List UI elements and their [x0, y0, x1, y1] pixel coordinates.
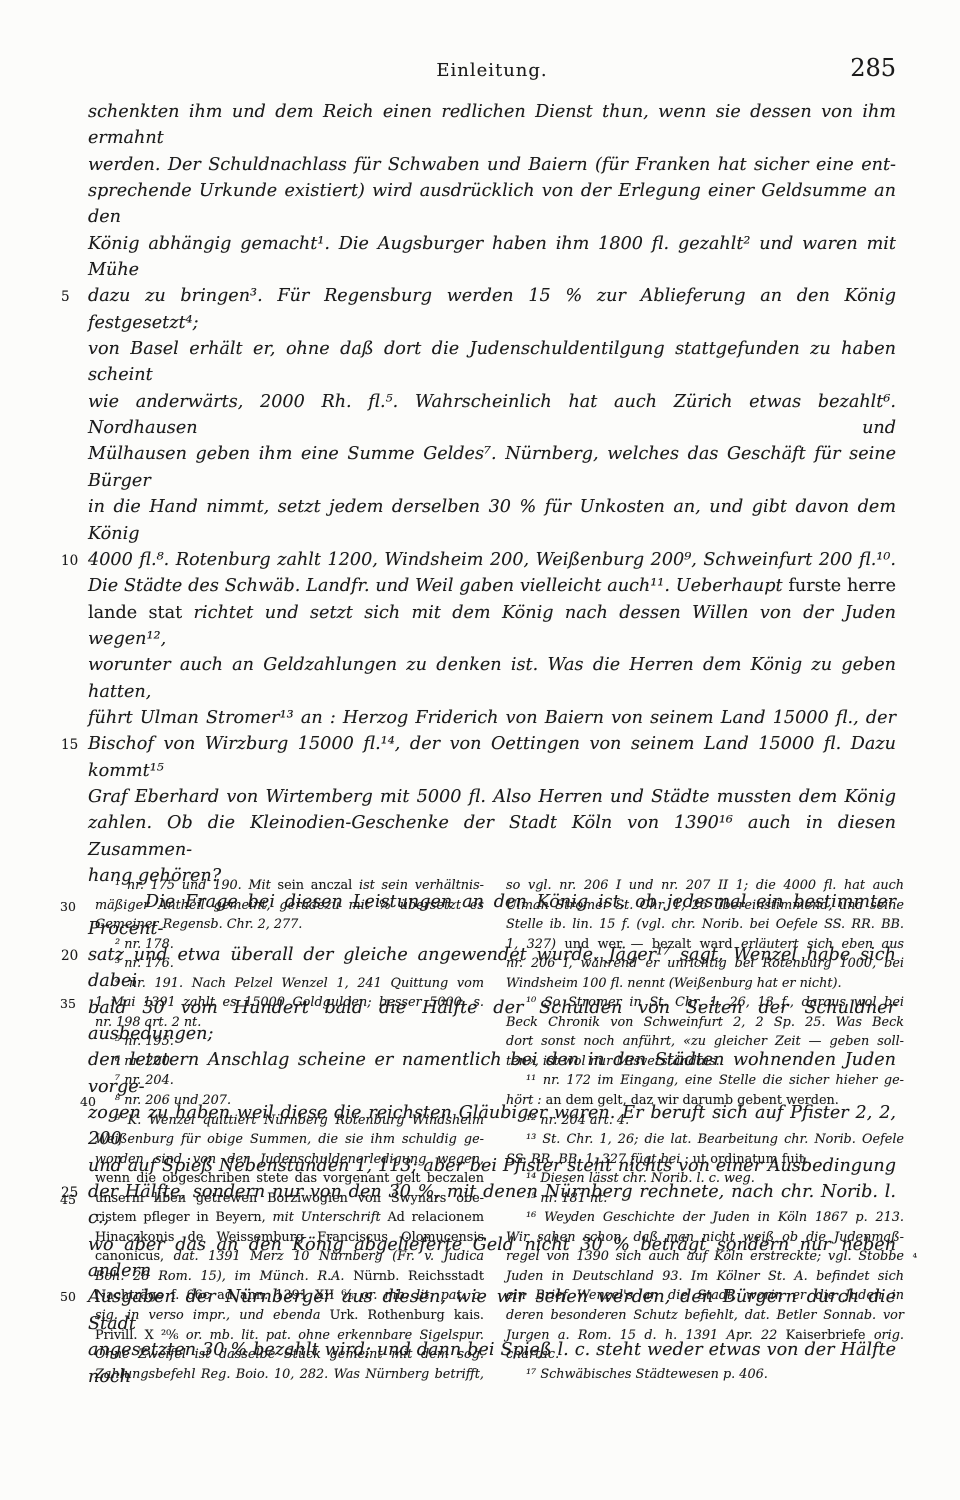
text-segment: furste herre [788, 576, 896, 596]
text-line: canonicus, dat. 1391 Merz 10 Nürnberg (F… [95, 1247, 484, 1267]
text-segment: orig. [865, 1328, 904, 1343]
text-line: so vgl. nr. 206 I und nr. 207 II 1; die … [506, 876, 904, 896]
text-segment: werden. Der Schuldnachlass für Schwaben … [88, 155, 896, 175]
text-segment: Graf Eberhard von Wirtemberg mit 5000 fl… [88, 787, 896, 807]
text-segment: in die Hand nimmt, setzt jedem derselben… [88, 497, 896, 543]
footnote-column-left: ¹ nr. 175 und 190. Mit sein anczal ist s… [95, 876, 484, 1384]
text-segment: Gemeiner Regensb. Chr. 2, 277. [95, 917, 302, 932]
text-segment: Stelle ib. lin. 15 f. (vgl. chr. Norib. … [506, 917, 904, 932]
text-segment: Juden in Deutschland 93. Im Kölner St. A… [506, 1269, 904, 1284]
text-segment: chartac. [506, 1347, 559, 1362]
text-line: Windsheim 100 fl. nennt (Weißenburg hat … [506, 974, 904, 994]
text-line: 5dazu zu bringen³. Für Regensburg werden… [88, 283, 896, 336]
text-segment: deren besonderen Schutz befiehlt, dat. B… [506, 1308, 904, 1323]
text-segment: ⁶ nr. 200. [115, 1054, 174, 1069]
footnote-column-right: so vgl. nr. 206 I und nr. 207 II 1; die … [506, 876, 904, 1384]
text-line: Privill. X ²⁰⁄₆ or. mb. lit. pat. ohne e… [95, 1326, 484, 1346]
text-segment: Kaiserbriefe [786, 1328, 866, 1343]
text-line: chartac. [506, 1345, 904, 1365]
text-segment: regel von 1390 sich auch auf Köln erstre… [506, 1249, 904, 1264]
text-line: ¹² nr. 204 art. 4. [506, 1111, 904, 1131]
margin-line-number: 10 [61, 548, 80, 574]
page-number: 285 [850, 54, 896, 82]
text-line: worunter auch an Geldzahlungen zu denken… [88, 652, 896, 705]
text-line: ³ nr. 176. [95, 954, 484, 974]
text-line: hört : an dem gelt, daz wir darumb geben… [506, 1091, 904, 1111]
text-line: worden sind von der Judenschuldenerledig… [95, 1150, 484, 1170]
text-line: 351 Mai 1391 zahlt es 15000 Goldgulden; … [95, 993, 484, 1013]
text-line: dort sonst noch anführt, «zu gleicher Ze… [506, 1032, 904, 1052]
margin-line-number: 40 [60, 1092, 85, 1112]
margin-line-number: 15 [61, 732, 80, 758]
text-segment: schenkten ihm und dem Reich einen redlic… [88, 102, 896, 148]
text-segment: Nachträge f. 66c ad ann. 1391 XII ⁶⁄₆ [95, 1288, 361, 1303]
text-line: 45unserm liben getrewen Borziwogien von … [95, 1189, 484, 1209]
text-line: deren besonderen Schutz befiehlt, dat. B… [506, 1306, 904, 1326]
text-line: ⁷ nr. 204. [95, 1071, 484, 1091]
text-segment: Bischof von Wirzburg 15000 fl.¹⁴, der vo… [88, 734, 896, 780]
text-segment: nr. 206 I, während er unrichtig bei Rote… [506, 956, 904, 971]
text-segment: Die Städte des Schwäb. Landfr. und Weil … [88, 576, 788, 596]
text-segment: hört : [506, 1093, 546, 1108]
text-line: SS. RR. BB. 1, 327 fügt bei : ut ordinat… [506, 1150, 904, 1170]
text-segment: canonicus, [95, 1249, 174, 1264]
text-segment: ⁵ nr. 195. [115, 1034, 174, 1049]
text-line: führt Ulman Stromer¹³ an : Herzog Frider… [88, 705, 896, 731]
text-segment: und wer — bezalt ward [564, 937, 741, 952]
text-line: zahlen. Ob die Kleinodien-Geschenke der … [88, 810, 896, 863]
text-segment: von Basel erhält er, ohne daß dort die J… [88, 339, 896, 385]
text-segment: Ohne Zweifel ist dasselbe Stück gemeint … [95, 1347, 484, 1362]
text-segment: zahlen. Ob die Kleinodien-Geschenke der … [88, 813, 896, 859]
text-line: 104000 fl.⁸. Rotenburg zahlt 1200, Winds… [88, 547, 896, 573]
text-line: ⁵ nr. 195. [95, 1032, 484, 1052]
text-segment: ² nr. 178. [115, 937, 174, 952]
text-line: ¹ nr. 175 und 190. Mit sein anczal ist s… [95, 876, 484, 896]
text-line: lande stat richtet und setzt sich mit de… [88, 600, 896, 653]
text-line: sprechende Urkunde existiert) wird ausdr… [88, 178, 896, 231]
text-segment: ist sein verhältnis- [352, 878, 484, 893]
text-segment: Ad relacionem [387, 1210, 484, 1225]
margin-line-number: 50 [60, 1287, 85, 1307]
text-line: Graf Eberhard von Wirtemberg mit 5000 fl… [88, 784, 896, 810]
text-segment: dazu zu bringen³. Für Regensburg werden … [88, 286, 896, 332]
page-header: Einleitung. 285 [88, 54, 896, 88]
margin-line-number: 35 [60, 994, 85, 1014]
text-segment: Urk. Rothenburg kais. [330, 1308, 484, 1323]
text-line: Weißenburg für obige Summen, die sie ihm… [95, 1130, 484, 1150]
text-line: schenkten ihm und dem Reich einen redlic… [88, 99, 896, 152]
text-segment: ¹⁴ Diesen lässt chr. Norib. l. c. weg. [526, 1171, 755, 1186]
text-segment: sig. in verso impr., und ebenda [95, 1308, 330, 1323]
text-segment: sein anczal [278, 878, 353, 893]
text-segment: worunter auch an Geldzahlungen zu denken… [88, 655, 896, 701]
text-line: 40⁸ nr. 206 und 207. [95, 1091, 484, 1111]
text-line: König abhängig gemacht¹. Die Augsburger … [88, 231, 896, 284]
margin-line-number: 30 [60, 897, 85, 917]
text-line: ¹⁴ Diesen lässt chr. Norib. l. c. weg. [506, 1169, 904, 1189]
text-line: Die Städte des Schwäb. Landfr. und Weil … [88, 573, 896, 599]
text-segment: Hinaczkonis de Weissemburg Franciscus Ol… [95, 1230, 484, 1245]
text-segment: ¹² nr. 204 art. 4. [526, 1113, 629, 1128]
running-head-title: Einleitung. [88, 60, 896, 81]
text-segment: nr. 198 art. 2 nt. [95, 1015, 201, 1030]
text-segment: Boh. 28 Rom. 15), im Münch. R.A. [95, 1269, 353, 1284]
text-segment: ¹⁷ Schwäbisches Städtewesen p. 406. [526, 1367, 768, 1382]
text-segment: wie anderwärts, 2000 Rh. fl.⁵. Wahrschei… [88, 392, 896, 438]
text-line: nr. 198 art. 2 nt. [95, 1013, 484, 1033]
margin-line-number: 20 [61, 943, 80, 969]
text-line: ¹⁵ nr. 181 nt. [506, 1189, 904, 1209]
text-line: Gemeiner Regensb. Chr. 2, 277. [95, 915, 484, 935]
text-segment: 4000 fl.⁸. Rotenburg zahlt 1200, Windshe… [88, 550, 896, 570]
text-segment: mäßiger Antheil gemeint, geradezu mit % … [95, 898, 484, 913]
text-line: ² nr. 178. [95, 935, 484, 955]
text-segment: ³ nr. 176. [115, 956, 174, 971]
text-segment: erläutert sich eben aus [741, 937, 904, 952]
text-segment: Windsheim 100 fl. nennt (Weißenburg hat … [506, 976, 842, 991]
text-line: wenn die obgeschriben stete das vorgenan… [95, 1169, 484, 1189]
text-line: Hinaczkonis de Weissemburg Franciscus Ol… [95, 1228, 484, 1248]
text-line: regel von 1390 sich auch auf Köln erstre… [506, 1247, 904, 1267]
text-segment: ⁸ nr. 206 und 207. [115, 1093, 231, 1108]
text-segment: Zahlungsbefehl Reg. Boio. 10, 282. Was N… [95, 1367, 484, 1382]
text-segment: Beck Chronik von Schweinfurt 2, 2 Sp. 25… [506, 1015, 904, 1030]
text-segment: wenn die obgeschriben stete das vorgenan… [95, 1171, 484, 1186]
text-segment: lande stat [88, 603, 182, 623]
text-line: ¹³ St. Chr. 1, 26; die lat. Bearbeitung … [506, 1130, 904, 1150]
text-segment: ristem pfleger in Beyern, [95, 1210, 273, 1225]
text-line: ¹⁷ Schwäbisches Städtewesen p. 406. [506, 1365, 904, 1385]
text-segment: or. mb. lit. pat. c. [361, 1288, 484, 1303]
text-line: Zahlungsbefehl Reg. Boio. 10, 282. Was N… [95, 1365, 484, 1385]
text-segment: dat. 1391 Merz 10 Nürnberg (Fr. v. Judic… [174, 1249, 484, 1264]
text-segment: so vgl. nr. 206 I und nr. 207 II 1; die … [506, 878, 904, 893]
text-segment: ⁷ nr. 204. [115, 1073, 174, 1088]
text-line: Juden in Deutschland 93. Im Kölner St. A… [506, 1267, 904, 1287]
text-segment: ein Brief Wenzel's an die Stadt, worin e… [506, 1288, 904, 1303]
text-line: 30mäßiger Antheil gemeint, geradezu mit … [95, 896, 484, 916]
text-segment: Nürnb. Reichsstadt [353, 1269, 484, 1284]
text-segment: 1, 327) [506, 937, 564, 952]
text-segment: or. mb. lit. pat. ohne erkennbare Sigels… [186, 1328, 484, 1343]
text-segment: ¹¹ nr. 172 im Eingang, eine Stelle die s… [526, 1073, 904, 1088]
text-segment: SS. RR. BB. 1, 327 fügt bei : [506, 1152, 693, 1167]
text-line: ¹⁰ So Stromer in St. Chr. 1, 26, 13 f., … [506, 993, 904, 1013]
text-line: werden. Der Schuldnachlass für Schwaben … [88, 152, 896, 178]
text-line: ⁶ nr. 200. [95, 1052, 484, 1072]
text-line: Wir sahen schon, daß man nicht weiß ob d… [506, 1228, 904, 1248]
text-segment: an dem gelt, daz wir darumb gebent werde… [546, 1093, 839, 1108]
text-line: Mülhausen geben ihm eine Summe Geldes⁷. … [88, 441, 896, 494]
text-segment: Mülhausen geben ihm eine Summe Geldes⁷. … [88, 444, 896, 490]
text-segment: Ulman Stromer St. Chr. 1, 26 übereinstim… [506, 898, 904, 913]
text-segment: Weißenburg für obige Summen, die sie ihm… [95, 1132, 484, 1147]
text-segment: 1 Mai 1391 zahlt es 15000 Goldgulden; be… [95, 995, 484, 1010]
text-line: von Basel erhält er, ohne daß dort die J… [88, 336, 896, 389]
text-segment: unserm liben getrewen Borziwogien von Sw… [95, 1191, 484, 1206]
text-segment: dort sonst noch anführt, «zu gleicher Ze… [506, 1034, 904, 1049]
text-line: ¹⁶ Weyden Geschichte der Juden in Köln 1… [506, 1208, 904, 1228]
text-segment: ¹⁵ nr. 181 nt. [526, 1191, 607, 1206]
text-line: Jurgen a. Rom. 15 d. h. 1391 Apr. 22 Kai… [506, 1326, 904, 1346]
text-line: ten», ist wol nur Misverständnis. [506, 1052, 904, 1072]
text-segment: Privill. X ²⁰⁄₆ [95, 1328, 186, 1343]
text-line: ⁹ K. Wenzel quittiert Nürnberg Rotenburg… [95, 1111, 484, 1131]
margin-mark: ⁴ [913, 1248, 917, 1268]
text-line: 15Bischof von Wirzburg 15000 fl.¹⁴, der … [88, 731, 896, 784]
text-segment: Wir sahen schon, daß man nicht weiß ob d… [506, 1230, 904, 1245]
text-line: 50Nachträge f. 66c ad ann. 1391 XII ⁶⁄₆ … [95, 1286, 484, 1306]
margin-line-number: 5 [61, 284, 80, 310]
text-line: ein Brief Wenzel's an die Stadt, worin e… [506, 1286, 904, 1306]
text-line: Ohne Zweifel ist dasselbe Stück gemeint … [95, 1345, 484, 1365]
text-segment: führt Ulman Stromer¹³ an : Herzog Frider… [88, 708, 896, 728]
text-line: wie anderwärts, 2000 Rh. fl.⁵. Wahrschei… [88, 389, 896, 442]
text-line: in die Hand nimmt, setzt jedem derselben… [88, 494, 896, 547]
text-line: Beck Chronik von Schweinfurt 2, 2 Sp. 25… [506, 1013, 904, 1033]
text-segment: ten», ist wol nur Misverständnis. [506, 1054, 720, 1069]
text-line: Ulman Stromer St. Chr. 1, 26 übereinstim… [506, 896, 904, 916]
text-line: ⁴ nr. 191. Nach Pelzel Wenzel 1, 241 Qui… [95, 974, 484, 994]
text-segment: König abhängig gemacht¹. Die Augsburger … [88, 234, 896, 280]
book-page: Einleitung. 285 schenkten ihm und dem Re… [0, 0, 960, 1500]
text-segment: worden sind von der Judenschuldenerledig… [95, 1152, 484, 1167]
text-line: Boh. 28 Rom. 15), im Münch. R.A. Nürnb. … [95, 1267, 484, 1287]
text-segment: ut ordinatum fuit. [693, 1152, 808, 1167]
text-line: ¹¹ nr. 172 im Eingang, eine Stelle die s… [506, 1071, 904, 1091]
text-line: nr. 206 I, während er unrichtig bei Rote… [506, 954, 904, 974]
text-segment: Jurgen a. Rom. 15 d. h. 1391 Apr. 22 [506, 1328, 786, 1343]
text-segment: ¹ nr. 175 und 190. Mit [115, 878, 278, 893]
text-line: Stelle ib. lin. 15 f. (vgl. chr. Norib. … [506, 915, 904, 935]
margin-line-number: 45 [60, 1190, 85, 1210]
text-segment: ¹⁰ So Stromer in St. Chr. 1, 26, 13 f., … [526, 995, 904, 1010]
text-line: 1, 327) und wer — bezalt ward erläutert … [506, 935, 904, 955]
text-segment: ⁹ K. Wenzel quittiert Nürnberg Rotenburg… [115, 1113, 484, 1128]
text-line: ristem pfleger in Beyern, mit Unterschri… [95, 1208, 484, 1228]
text-segment: richtet und setzt sich mit dem König nac… [88, 603, 896, 649]
text-segment: ¹³ St. Chr. 1, 26; die lat. Bearbeitung … [526, 1132, 904, 1147]
text-segment: ⁴ nr. 191. Nach Pelzel Wenzel 1, 241 Qui… [115, 976, 484, 991]
text-segment: sprechende Urkunde existiert) wird ausdr… [88, 181, 896, 227]
text-segment: mit Unterschrift [273, 1210, 388, 1225]
text-segment: ¹⁶ Weyden Geschichte der Juden in Köln 1… [526, 1210, 904, 1225]
text-line: sig. in verso impr., und ebenda Urk. Rot… [95, 1306, 484, 1326]
